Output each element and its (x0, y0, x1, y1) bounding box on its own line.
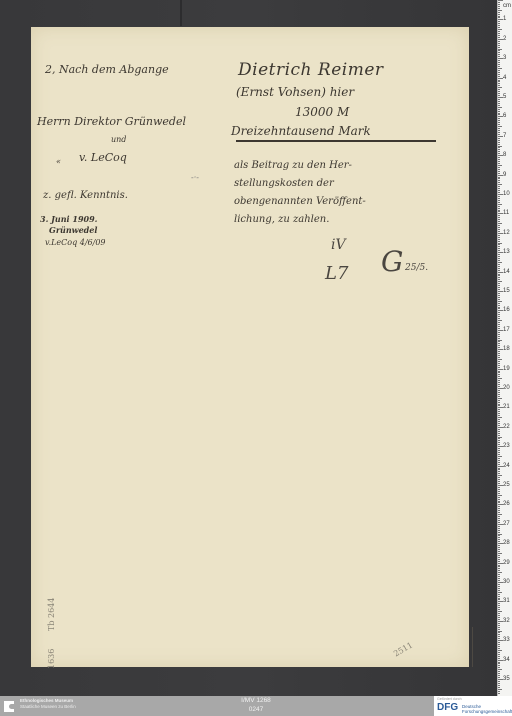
ruler-tick (498, 274, 500, 275)
ruler-tick (498, 146, 502, 147)
ruler-tick (498, 396, 500, 397)
ruler-tick (498, 646, 500, 647)
ruler-tick (498, 198, 500, 199)
ruler-tick (498, 636, 500, 637)
ruler-tick (498, 404, 500, 405)
ruler-number: 22 (503, 424, 510, 430)
ruler-tick (498, 275, 500, 276)
ruler-tick (498, 502, 500, 503)
ruler-number: 16 (503, 307, 510, 313)
signature-2: G (381, 245, 403, 278)
text-right-line3: 13000 M (295, 105, 349, 119)
pencil-note-vertical-1: Tb 2644 (47, 598, 56, 631)
ruler-tick (498, 691, 500, 692)
ruler-tick (498, 584, 500, 585)
ruler-tick (498, 223, 502, 224)
ruler-tick (498, 243, 502, 244)
ruler-tick (498, 456, 502, 457)
ruler-tick (498, 336, 500, 337)
ruler-tick (498, 623, 500, 624)
ruler-tick (498, 351, 500, 352)
ruler-tick (498, 537, 500, 538)
ruler-number: 31 (503, 598, 510, 604)
ruler-tick (498, 159, 500, 160)
ruler-tick (498, 382, 500, 383)
ruler-tick (498, 287, 500, 288)
ruler-tick (498, 361, 500, 362)
ruler-tick (498, 89, 500, 90)
ruler-tick (498, 506, 500, 507)
ruler-tick (498, 421, 500, 422)
ruler-tick (498, 471, 500, 472)
ruler-tick (498, 91, 500, 92)
ruler-tick (498, 663, 500, 664)
ruler-tick (498, 528, 500, 529)
ruler-tick (498, 380, 500, 381)
ruler-number: 4 (503, 75, 506, 81)
ruler-tick (498, 109, 500, 110)
ruler-tick (498, 341, 500, 342)
ruler-tick (498, 557, 500, 558)
ruler-tick (498, 454, 500, 455)
ruler-tick (498, 634, 500, 635)
ruler-tick (498, 340, 502, 341)
ruler-tick (498, 477, 500, 478)
ruler-tick (498, 547, 500, 548)
ruler-tick (498, 47, 500, 48)
ruler-tick (498, 365, 500, 366)
ruler-tick (498, 491, 500, 492)
ruler-tick (498, 495, 502, 496)
ruler-tick (498, 120, 500, 121)
ruler-tick (498, 147, 500, 148)
ruler-tick (498, 211, 500, 212)
ruler-tick (498, 413, 500, 414)
ruler-tick (498, 138, 500, 139)
ruler-tick (498, 625, 500, 626)
ruler-tick (498, 598, 500, 599)
ruler-tick (498, 566, 500, 567)
ruler-tick (498, 332, 500, 333)
ruler-tick (498, 239, 500, 240)
ruler-tick (498, 87, 502, 88)
ruler-tick (498, 464, 500, 465)
dash-mark: -·- (191, 173, 199, 182)
ruler-tick (498, 246, 500, 247)
ruler-tick (498, 241, 500, 242)
ruler-tick (498, 17, 500, 18)
ruler-tick (498, 151, 500, 152)
ruler-number: 28 (503, 540, 510, 546)
ruler-tick (498, 114, 500, 115)
ruler-tick (498, 118, 500, 119)
ruler-tick (498, 669, 502, 670)
ruler-tick (498, 656, 500, 657)
ruler-tick (498, 516, 500, 517)
ruler-tick (498, 66, 500, 67)
ruler-tick (498, 609, 500, 610)
annotation-name2: v.LeCoq 4/6/09 (45, 238, 106, 247)
ruler-tick (498, 316, 500, 317)
ruler-tick (498, 196, 500, 197)
ruler-tick (498, 231, 500, 232)
annotation-date: 3. Juni 1909. (40, 214, 97, 224)
ruler-tick (498, 376, 500, 377)
ruler-tick (498, 95, 500, 96)
ruler-tick (498, 70, 500, 71)
ruler-tick (498, 535, 500, 536)
ruler-tick (498, 417, 502, 418)
paper-fold (472, 627, 473, 667)
ruler-tick (498, 81, 500, 82)
ruler-tick (498, 568, 500, 569)
ruler-tick (498, 8, 500, 9)
ruler-tick (498, 227, 500, 228)
signature-1-top: iV (331, 237, 346, 253)
ruler-tick (498, 588, 500, 589)
ruler-tick (498, 192, 500, 193)
ruler-tick (498, 541, 500, 542)
ruler-tick (498, 83, 500, 84)
ruler-tick (498, 157, 500, 158)
ruler-tick (498, 326, 500, 327)
ruler-tick (498, 493, 500, 494)
ruler-tick (498, 270, 500, 271)
ruler-tick (498, 384, 500, 385)
ruler-tick (498, 229, 500, 230)
ruler-tick (498, 572, 502, 573)
ruler-number: 1 (503, 16, 506, 22)
ruler-tick (498, 429, 500, 430)
ruler-tick (498, 574, 500, 575)
ruler-tick (498, 221, 500, 222)
ruler-tick (498, 530, 500, 531)
ruler-tick (498, 25, 500, 26)
ruler-tick (498, 435, 500, 436)
ruler-number: 15 (503, 288, 510, 294)
ruler-tick (498, 283, 500, 284)
ruler-tick (498, 6, 500, 7)
ruler-tick (498, 615, 500, 616)
ruler-tick (498, 103, 500, 104)
ruler-number: 30 (503, 579, 510, 585)
ruler-tick (498, 4, 500, 5)
text-left-line3: und (111, 135, 126, 144)
ruler-tick (498, 394, 500, 395)
ruler-tick (498, 481, 500, 482)
text-right-line2: (Ernst Vohsen) hier (236, 85, 354, 99)
ruler-tick (498, 262, 502, 263)
ruler-tick (498, 398, 502, 399)
ruler-tick (498, 460, 500, 461)
ruler-tick (498, 200, 500, 201)
document-page: 2, Nach dem Abgange Herrn Direktor Grünw… (31, 27, 469, 667)
ruler-tick (498, 99, 500, 100)
ruler-tick (498, 54, 500, 55)
ruler-tick (498, 41, 500, 42)
ruler-tick (498, 153, 500, 154)
ruler-number: 24 (503, 463, 510, 469)
ruler-tick (498, 448, 500, 449)
ruler-tick (498, 295, 500, 296)
ruler-tick (498, 16, 500, 17)
scan-seam (180, 0, 182, 26)
text-right-line7: obengenannten Veröffent- (234, 196, 366, 207)
ruler-number: 26 (503, 501, 510, 507)
ruler-tick (498, 184, 502, 185)
funder-caption: Gefördert durch (437, 697, 462, 701)
ruler-tick (498, 367, 500, 368)
ruler-tick (498, 27, 500, 28)
ruler-tick (498, 632, 500, 633)
ruler-tick (498, 266, 500, 267)
ruler-number: 20 (503, 385, 510, 391)
ruler-tick (498, 2, 500, 3)
ruler-number: 21 (503, 404, 510, 410)
ruler-tick (498, 545, 500, 546)
ruler-tick (498, 52, 500, 53)
ruler-tick (498, 105, 500, 106)
ruler-tick (498, 652, 500, 653)
ruler-tick (498, 128, 500, 129)
text-right-line6: stellungskosten der (234, 178, 334, 189)
ruler-tick (498, 126, 502, 127)
ruler-tick (498, 501, 500, 502)
ruler-number: 3 (503, 55, 506, 61)
ruler-tick (498, 72, 500, 73)
ruler-number: 14 (503, 269, 510, 275)
text-right-line5: als Beitrag zu den Her- (234, 160, 352, 171)
ruler-number: 27 (503, 521, 510, 527)
ruler-tick (498, 440, 500, 441)
ruler-tick (498, 328, 500, 329)
ruler-tick (498, 107, 502, 108)
ruler-tick (498, 578, 500, 579)
ruler-tick (498, 144, 500, 145)
ruler-tick (498, 644, 500, 645)
ruler-tick (498, 250, 500, 251)
ruler-tick (498, 322, 500, 323)
ruler-tick (498, 80, 500, 81)
ruler-tick (498, 473, 500, 474)
ruler-tick (498, 85, 500, 86)
signature-1-bottom: L7 (325, 263, 348, 284)
ruler-tick (498, 93, 500, 94)
ruler-number: 18 (503, 346, 510, 352)
ruler-number: 25 (503, 482, 510, 488)
ruler-tick (498, 450, 500, 451)
ruler-tick (498, 468, 500, 469)
ruler-tick (498, 289, 500, 290)
ruler-tick (498, 665, 500, 666)
annotation-name1: Grünwedel (49, 225, 97, 235)
pencil-note-vertical-2: 1636 (47, 649, 56, 669)
ruler-tick (498, 163, 500, 164)
ruler-tick (498, 561, 500, 562)
ruler-tick (498, 279, 500, 280)
ruler-tick (498, 217, 500, 218)
ruler-tick (498, 49, 502, 50)
ruler-tick (498, 113, 500, 114)
ruler-tick (498, 111, 500, 112)
ruler-tick (498, 411, 500, 412)
ruler-tick (498, 400, 500, 401)
ruler-tick (498, 627, 500, 628)
ruler-tick (498, 677, 500, 678)
ruler-tick (498, 45, 500, 46)
ruler-tick (498, 518, 500, 519)
ruler-tick (498, 62, 500, 63)
ruler-tick (498, 671, 500, 672)
ruler-tick (498, 347, 500, 348)
ruler-tick (498, 580, 500, 581)
ruler-tick (498, 693, 500, 694)
ruler-tick (498, 225, 500, 226)
ruler-number: 13 (503, 249, 510, 255)
ruler-tick (498, 37, 500, 38)
ruler-tick (498, 683, 500, 684)
ruler-tick (498, 599, 500, 600)
ruler-tick (498, 532, 500, 533)
ruler-number: 7 (503, 133, 506, 139)
ruler-tick (498, 431, 500, 432)
ruler-tick (498, 248, 500, 249)
ruler-tick (498, 14, 500, 15)
ruler-tick (498, 68, 502, 69)
ruler-tick (498, 499, 500, 500)
ruler-tick (498, 122, 500, 123)
ruler-tick (498, 553, 502, 554)
ruler-tick (498, 423, 500, 424)
ruler-tick (498, 458, 500, 459)
ruler-tick (498, 0, 503, 1)
ruler-tick (498, 631, 502, 632)
ruler-tick (498, 607, 500, 608)
ruler-tick (498, 165, 502, 166)
ruler-tick (498, 605, 500, 606)
ruler-tick (498, 419, 500, 420)
ruler-tick (498, 355, 500, 356)
ruler-tick (498, 508, 500, 509)
ruler-unit: cm (503, 3, 511, 9)
ruler-tick (498, 56, 500, 57)
ruler-tick (498, 452, 500, 453)
ruler-tick (498, 130, 500, 131)
ruler-tick (498, 254, 500, 255)
ruler-number: 29 (503, 560, 510, 566)
ruler-tick (498, 60, 500, 61)
ruler-tick (498, 565, 500, 566)
ruler-tick (498, 681, 500, 682)
pencil-note-bottom: 2511 (392, 641, 414, 659)
ruler-tick (498, 140, 500, 141)
ruler-tick (498, 35, 500, 36)
ruler-tick (498, 293, 500, 294)
ruler-tick (498, 235, 500, 236)
ruler-tick (498, 559, 500, 560)
ruler-tick (498, 592, 502, 593)
ruler-tick (498, 586, 500, 587)
text-right-line1: Dietrich Reimer (238, 60, 384, 80)
ruler-tick (498, 371, 500, 372)
text-left-line5: z. gefl. Kenntnis. (43, 190, 128, 201)
ruler-tick (498, 510, 500, 511)
ruler-tick (498, 654, 500, 655)
ruler-tick (498, 178, 500, 179)
ruler-tick (498, 277, 500, 278)
ruler-tick (498, 43, 500, 44)
ruler-tick (498, 23, 500, 24)
ruler-number: 32 (503, 618, 510, 624)
dfg-panel: Gefördert durch DFG Deutsche Forschungsg… (434, 696, 512, 716)
ruler-tick (498, 475, 502, 476)
ruler-tick (498, 378, 502, 379)
ruler-tick (498, 149, 500, 150)
ruler-tick (498, 551, 500, 552)
ruler-tick (498, 438, 500, 439)
ruler-tick (498, 386, 500, 387)
ruler-tick (498, 526, 500, 527)
ruler-tick (498, 204, 502, 205)
text-left-line2: Herrn Direktor Grünwedel (37, 115, 186, 128)
ruler-tick (498, 202, 500, 203)
ruler-number: 5 (503, 94, 506, 100)
ruler-number: 2 (503, 36, 506, 42)
ruler-tick (498, 638, 500, 639)
ruler-tick (498, 673, 500, 674)
ruler-tick (498, 483, 500, 484)
ruler-tick (498, 617, 500, 618)
ruler-tick (498, 613, 500, 614)
ruler-number: 19 (503, 366, 510, 372)
ruler-tick (498, 353, 500, 354)
ruler-tick (498, 305, 500, 306)
ruler-tick (498, 210, 500, 211)
ruler-tick (498, 31, 500, 32)
text-left-line1: 2, Nach dem Abgange (45, 63, 169, 76)
ruler-tick (498, 590, 500, 591)
ruler-tick (498, 444, 500, 445)
ruler-tick (498, 392, 500, 393)
ruler-tick (498, 29, 502, 30)
funder-name-line2: Forschungsgemeinschaft (462, 709, 512, 714)
ruler-tick (498, 318, 500, 319)
ruler-tick (498, 334, 500, 335)
ruler-tick (498, 320, 502, 321)
ruler-tick (498, 514, 502, 515)
ruler-tick (498, 281, 502, 282)
ruler-tick (498, 101, 500, 102)
ruler-number: 10 (503, 191, 510, 197)
measurement-ruler: cm 1234567891011121314151617181920212223… (497, 0, 512, 696)
ruler-tick (498, 343, 500, 344)
ruler-tick (498, 629, 500, 630)
ruler-tick (498, 402, 500, 403)
ruler-tick (498, 338, 500, 339)
ruler-number: 8 (503, 152, 506, 158)
ruler-tick (498, 667, 500, 668)
ruler-tick (498, 357, 500, 358)
ruler-tick (498, 405, 500, 406)
ruler-tick (498, 186, 500, 187)
ruler-tick (498, 570, 500, 571)
ruler-tick (498, 437, 502, 438)
ruler-tick (498, 219, 500, 220)
ruler-tick (498, 415, 500, 416)
ruler-tick (498, 363, 500, 364)
ruler-number: 34 (503, 657, 510, 663)
ruler-tick (498, 685, 500, 686)
